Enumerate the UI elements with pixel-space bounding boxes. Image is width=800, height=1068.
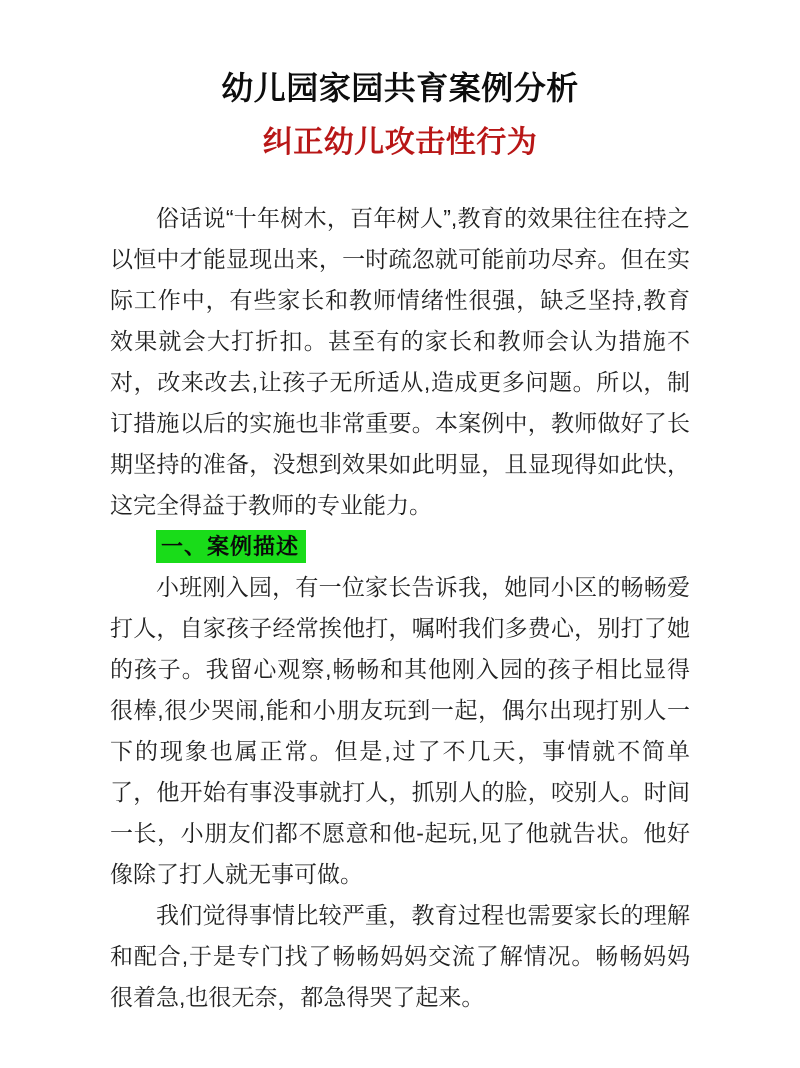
document-body: 俗话说“十年树木，百年树人”,教育的效果往往在持之以恒中才能显现出来，一时疏忽就… (110, 198, 690, 1018)
paragraph-case-description: 小班刚入园，有一位家长告诉我，她同小区的畅畅爱打人，自家孩子经常挨他打，嘱咐我们… (110, 567, 690, 895)
document-subtitle: 纠正幼儿攻击性行为 (0, 108, 800, 162)
paragraph-intro: 俗话说“十年树木，百年树人”,教育的效果往往在持之以恒中才能显现出来，一时疏忽就… (110, 198, 690, 526)
document-title: 幼儿园家园共育案例分析 (0, 0, 800, 108)
section-heading: 一、案例描述 (156, 530, 306, 563)
paragraph-parent-communication: 我们觉得事情比较严重，教育过程也需要家长的理解和配合,于是专门找了畅畅妈妈交流了… (110, 895, 690, 1018)
document-page: 幼儿园家园共育案例分析 纠正幼儿攻击性行为 俗话说“十年树木，百年树人”,教育的… (0, 0, 800, 1068)
section-heading-line: 一、案例描述 (110, 526, 690, 567)
